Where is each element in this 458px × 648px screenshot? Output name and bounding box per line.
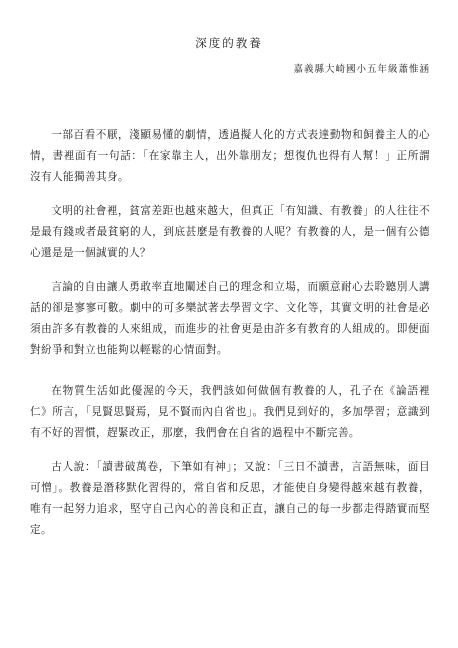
paragraph: 言論的自由讓人勇敢率直地闡述自己的理念和立場，而願意耐心去聆聽別人講話的卻是寥寥… [30, 277, 430, 361]
document-byline: 嘉義縣大崎國小五年級蕭惟涵 [0, 61, 430, 75]
document-title: 深度的教養 [0, 0, 458, 51]
paragraph: 古人說：「讀書破萬卷，下筆如有神」；又說：「三日不讀書，言語無味，面目可憎」。教… [30, 457, 430, 541]
paragraph: 一部百看不厭，淺顯易懂的劇情，透過擬人化的方式表達動物和飼養主人的心情，書裡面有… [30, 125, 430, 188]
document-body: 一部百看不厭，淺顯易懂的劇情，透過擬人化的方式表達動物和飼養主人的心情，書裡面有… [30, 125, 430, 541]
document-page: 深度的教養 嘉義縣大崎國小五年級蕭惟涵 一部百看不厭，淺顯易懂的劇情，透過擬人化… [0, 0, 458, 648]
paragraph: 在物質生活如此優渥的今天，我們該如何做個有教養的人，孔子在《論語裡仁》所言，「見… [30, 381, 430, 444]
paragraph: 文明的社會裡，貧富差距也越來越大，但真正「有知識、有教養」的人往往不是最有錢或者… [30, 201, 430, 264]
